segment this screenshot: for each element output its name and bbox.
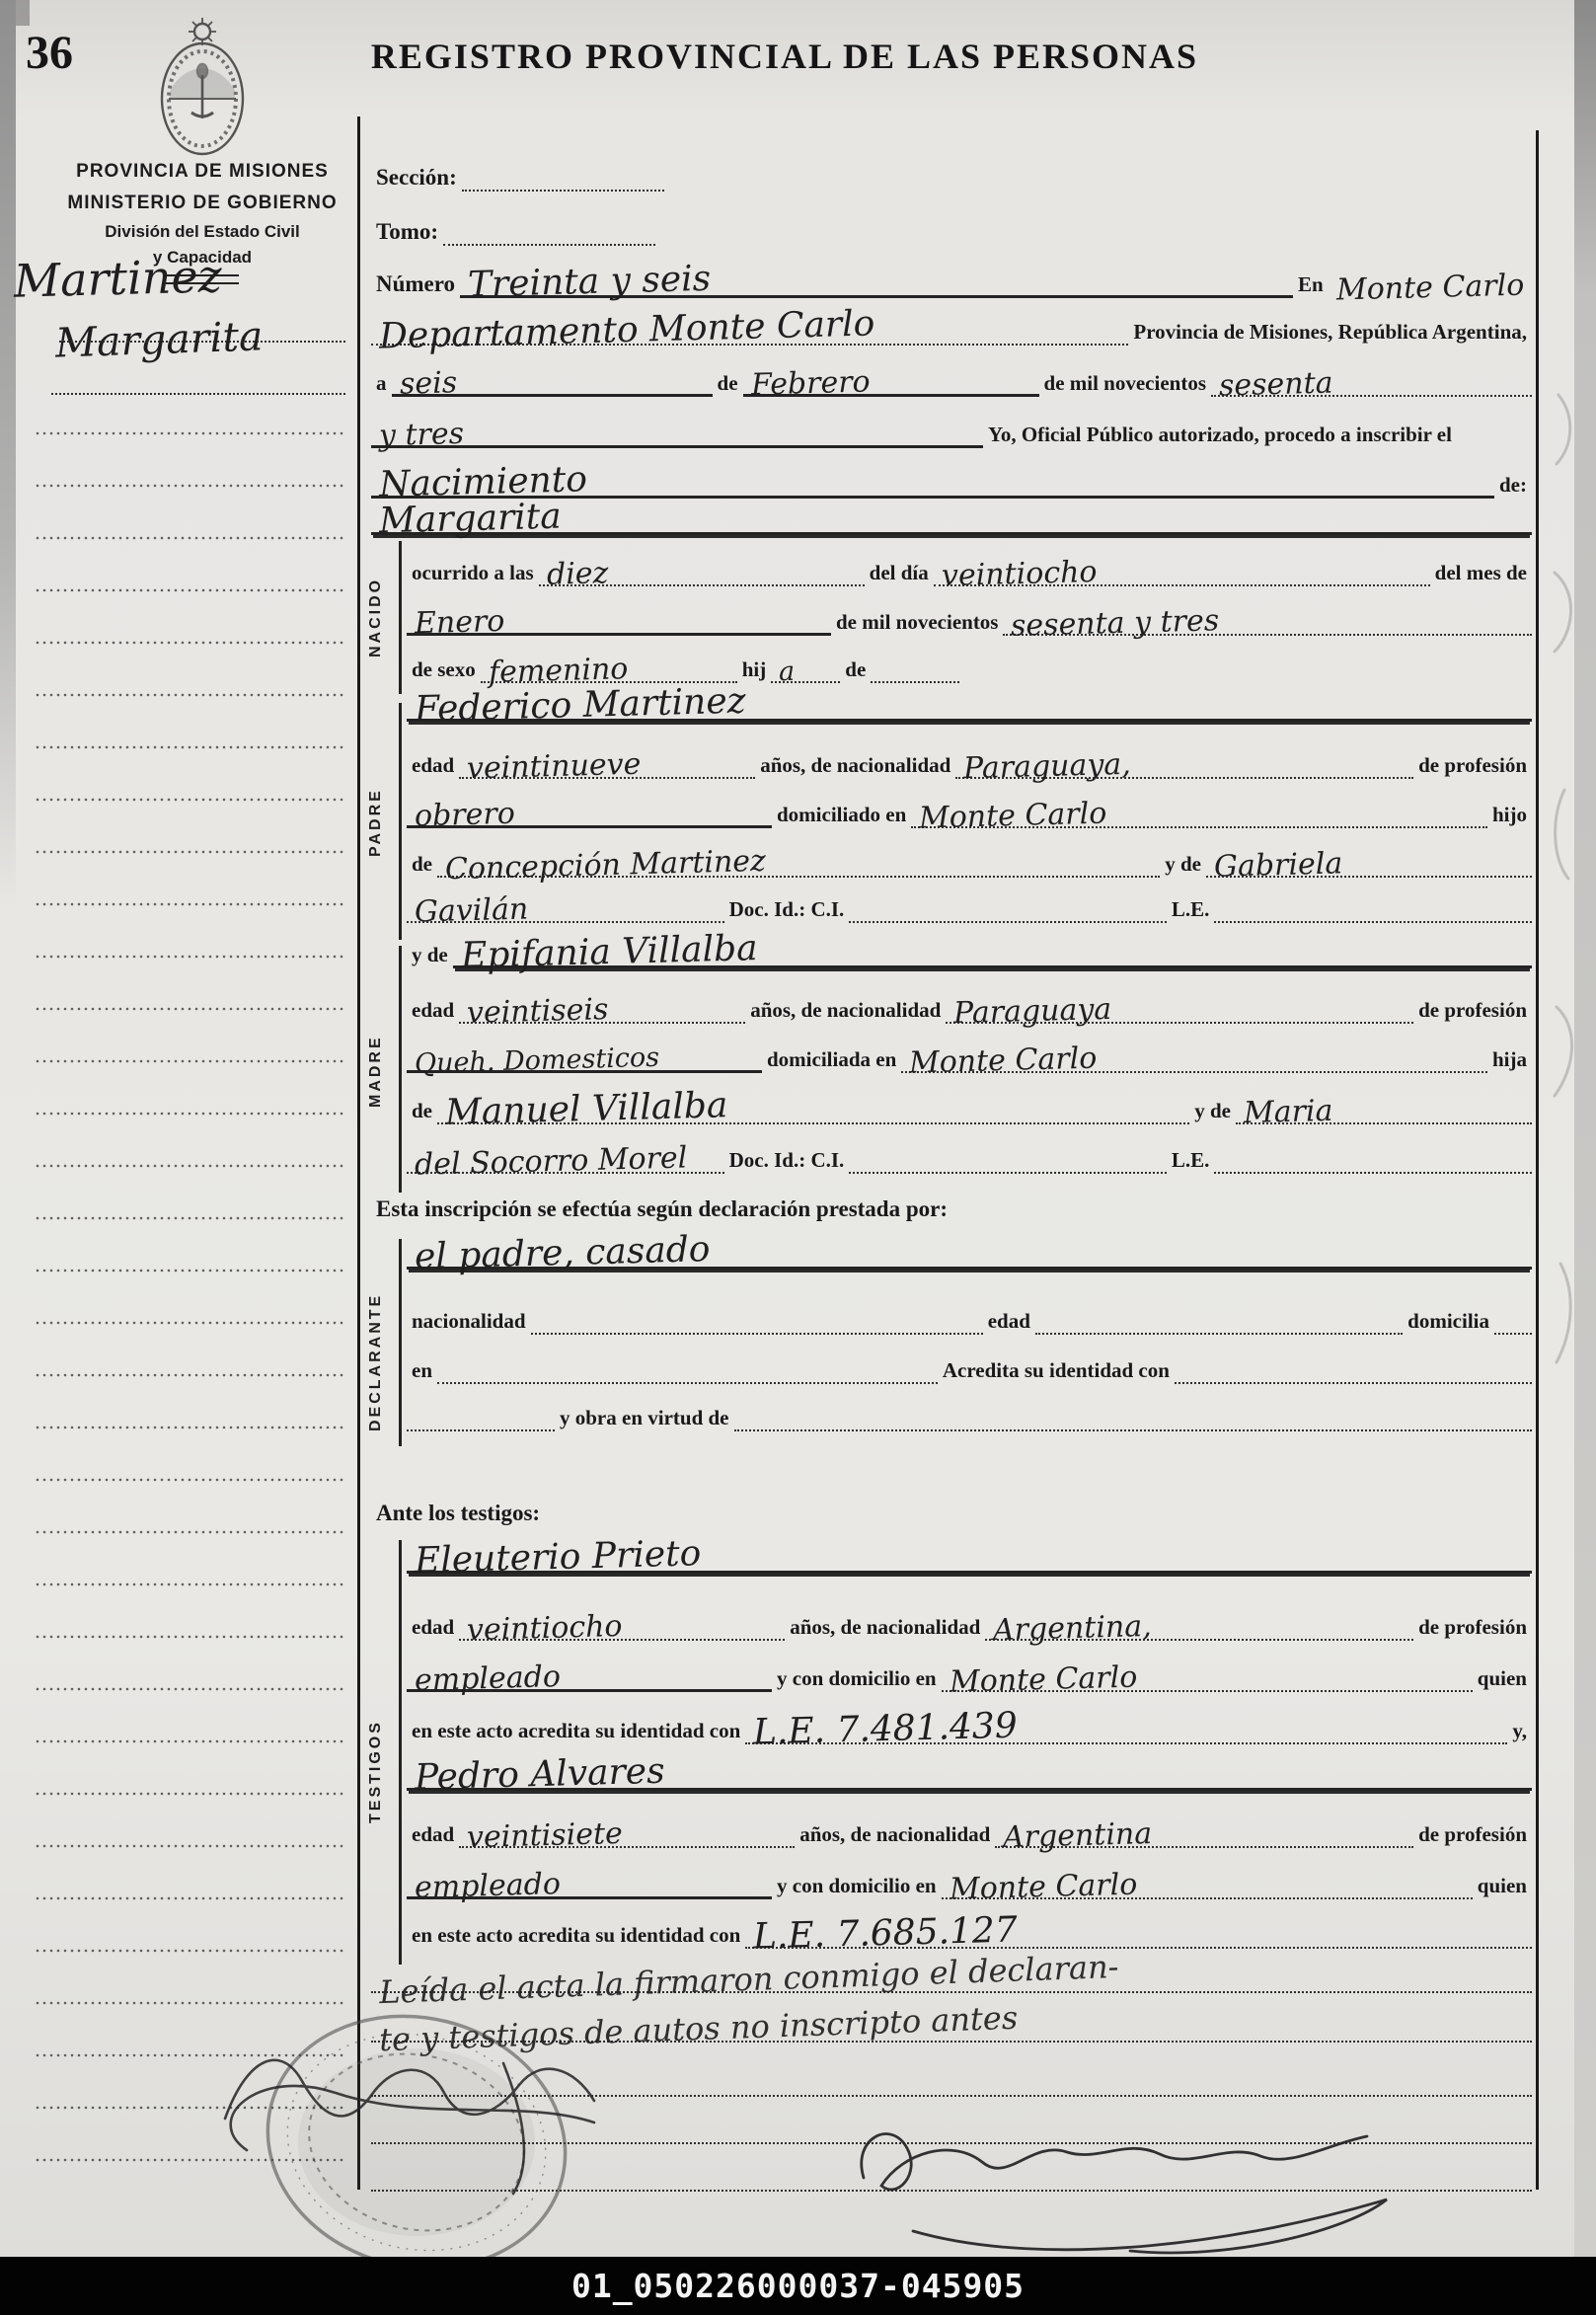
field-padre-edad-nac: edad veintinueve años, de nacionalidad P… — [407, 737, 1532, 779]
value-anio2: y tres — [371, 421, 473, 450]
value-t2-edad: veintisiete — [459, 1820, 631, 1852]
line-t1-nacionalidad: Argentina, — [985, 1615, 1413, 1641]
value-t1-doc: L.E. 7.481.439 — [745, 1710, 1026, 1749]
value-padre-edad: veintinueve — [459, 750, 649, 782]
label-novecientos: de mil novecientos — [1039, 371, 1211, 397]
label-decl-edad: edad — [983, 1309, 1035, 1335]
value-padre-profesion: obrero — [407, 800, 523, 829]
line-padre-edad: veintinueve — [459, 753, 755, 779]
line-mes-nac: Enero — [407, 609, 831, 636]
field-numero: Número Treinta y seis En Monte Carlo — [371, 257, 1532, 298]
line-padre-nombre: Federico Martinez — [407, 690, 1532, 722]
blank-tomo — [443, 240, 655, 246]
value-testigo1-nombre: Eleuterio Prieto — [407, 1538, 710, 1578]
field-anio2: y tres Yo, Oficial Público autorizado, p… — [371, 407, 1532, 448]
bleed-through-marks — [1545, 375, 1592, 1461]
bracket-testigos — [399, 1540, 402, 1965]
label-t2-profesion: de profesión — [1413, 1822, 1532, 1848]
field-fecha: a seis de Febrero de mil novecientos ses… — [371, 355, 1532, 397]
value-t1-domicilio: Monte Carlo — [941, 1663, 1145, 1695]
line-numero: Treinta y seis — [460, 267, 1293, 298]
label-padre-domicilio: domiciliado en — [772, 803, 911, 828]
value-inscripto: Margarita — [371, 501, 570, 538]
value-abuela-p1: Gabriela — [1206, 850, 1351, 881]
blank-madre-le — [1214, 1168, 1532, 1174]
line-testigo2-nombre: Pedro Alvares — [407, 1759, 1532, 1791]
line-abuelo-p: Concepción Martinez — [437, 852, 1160, 878]
line-t2-edad: veintisiete — [459, 1822, 795, 1848]
blank-decl-en — [437, 1378, 938, 1384]
bracket-padre — [399, 703, 402, 940]
line-padre-profesion: obrero — [407, 802, 772, 828]
line-hora: diez — [539, 561, 865, 586]
line-t1-doc: L.E. 7.481.439 — [745, 1714, 1507, 1744]
label-t2-quien: quien — [1473, 1874, 1532, 1899]
value-numero: Treinta y seis — [460, 263, 720, 301]
label-declaracion-titulo: Esta inscripción se efectúa según declar… — [371, 1196, 952, 1223]
field-padre-prof-dom: obrero domiciliado en Monte Carlo hijo — [407, 787, 1532, 828]
line-t1-profesion: empleado — [407, 1665, 772, 1692]
label-novecientos-nac: de mil novecientos — [831, 610, 1003, 636]
label-delmes: del mes de — [1430, 561, 1532, 586]
label-padre-profesion: de profesión — [1413, 753, 1532, 779]
section-label-padre: PADRE — [361, 729, 391, 916]
line-abuelo-m: Manuel Villalba — [437, 1094, 1189, 1124]
page-number: 36 — [26, 26, 73, 80]
value-abuelo-p: Concepción Martinez — [437, 848, 774, 884]
scan-code-bar: 01_050226000037-045905 — [0, 2257, 1596, 2315]
line-abuela-m2: del Socorro Morel — [407, 1148, 724, 1174]
field-declarante-datos1: nacionalidad edad domicilia — [407, 1293, 1532, 1335]
scan-code: 01_050226000037-045905 — [571, 2267, 1025, 2305]
value-padre-nombre: Federico Martinez — [407, 685, 754, 727]
field-hora-dia: ocurrido a las diez del día veintiocho d… — [407, 545, 1532, 586]
bracket-nacido — [399, 541, 402, 694]
label-decl-domicilia: domicilia — [1403, 1309, 1494, 1335]
value-t2-domicilio: Monte Carlo — [941, 1871, 1145, 1902]
value-t2-nacionalidad: Argentina — [995, 1820, 1161, 1851]
value-madre-nacionalidad: Paraguaya — [946, 996, 1120, 1028]
field-declaracion-titulo: Esta inscripción se efectúa según declar… — [371, 1182, 1532, 1223]
field-tomo: Tomo: — [371, 204, 1532, 246]
line-declarante: el padre, casado — [407, 1238, 1532, 1270]
blank-padre-ci — [849, 917, 1167, 923]
label-de: de — [713, 371, 743, 397]
label-padre-doc: Doc. Id.: C.I. — [724, 897, 850, 923]
scan-left-edge — [0, 0, 16, 908]
label-ocurrido: ocurrido a las — [407, 561, 539, 586]
line-anio-nac: sesenta y tres — [1003, 610, 1532, 636]
document-title: REGISTRO PROVINCIAL DE LAS PERSONAS — [326, 36, 1244, 77]
label-hija: hija — [1487, 1047, 1532, 1073]
field-seccion: Sección: — [371, 150, 1532, 192]
label-padre-nacionalidad: años, de nacionalidad — [755, 753, 955, 779]
label-madre-profesion: de profesión — [1413, 998, 1532, 1024]
field-madre-abuelos: de Manuel Villalba y de Maria — [407, 1083, 1532, 1124]
value-anio-nac: sesenta y tres — [1003, 607, 1228, 640]
label-t2-acredita: en este acto acredita su identidad con — [407, 1923, 745, 1949]
label-madre-domicilio: domiciliada en — [762, 1047, 901, 1073]
field-declarante-datos2: en Acredita su identidad con — [407, 1343, 1532, 1384]
label-decl-acredita: Acredita su identidad con — [938, 1358, 1175, 1384]
value-abuelo-m: Manuel Villalba — [437, 1090, 736, 1129]
field-testigo2-datos: edad veintisiete años, de nacionalidad A… — [407, 1807, 1532, 1848]
value-abuela-m1: Maria — [1236, 1098, 1341, 1127]
line-dia: seis — [392, 370, 713, 397]
line-t2-profesion: empleado — [407, 1873, 772, 1899]
label-decl-en: en — [407, 1358, 437, 1384]
label-t2-nacionalidad: años, de nacionalidad — [795, 1822, 995, 1848]
declarant-signature — [207, 2024, 651, 2201]
letterhead-line1: PROVINCIA DE MISIONES — [54, 156, 350, 188]
field-testigo1-domicilio: empleado y con domicilio en Monte Carlo … — [407, 1651, 1532, 1692]
label-t1-profesion: de profesión — [1413, 1615, 1532, 1641]
coat-of-arms — [148, 12, 257, 162]
line-madre-profesion: Queh. Domesticos — [407, 1049, 762, 1073]
label-madre-le: L.E. — [1167, 1148, 1215, 1174]
margin-ruled-lines — [35, 430, 345, 2170]
label-madre-doc: Doc. Id.: C.I. — [724, 1148, 850, 1174]
field-padre-abuelos: de Concepción Martinez y de Gabriela — [407, 836, 1532, 878]
blank-seccion — [462, 186, 664, 192]
field-madre-edad-nac: edad veintiseis años, de nacionalidad Pa… — [407, 982, 1532, 1024]
value-madre-edad: veintiseis — [459, 996, 617, 1027]
value-mes-nac: Enero — [407, 608, 513, 638]
margin-surname: Martinez — [5, 256, 230, 302]
form-left-border — [357, 116, 360, 2190]
label-padre-de: de — [407, 852, 437, 878]
label-madre-edad: edad — [407, 998, 459, 1024]
field-madre-prof-dom: Queh. Domesticos domiciliada en Monte Ca… — [407, 1032, 1532, 1073]
label-padre-yde: y de — [1160, 852, 1206, 878]
field-madre-doc: del Socorro Morel Doc. Id.: C.I. L.E. — [407, 1132, 1532, 1174]
value-anio1: sesenta — [1211, 369, 1341, 399]
field-mes-anio-nac: Enero de mil novecientos sesenta y tres — [407, 594, 1532, 636]
label-en: En — [1293, 272, 1329, 298]
field-declarante-datos3: y obra en virtud de — [407, 1390, 1532, 1431]
value-t1-nacionalidad: Argentina, — [985, 1613, 1160, 1645]
section-label-madre: MADRE — [361, 977, 391, 1165]
field-sexo: de sexo femenino hij a de — [407, 642, 1532, 683]
blank-decl-obra — [734, 1426, 1532, 1431]
label-madre-nacionalidad: años, de nacionalidad — [745, 998, 946, 1024]
field-testigos-titulo: Ante los testigos: — [371, 1486, 1532, 1527]
line-padre-nacionalidad: Paraguaya, — [955, 753, 1413, 779]
value-dia: seis — [391, 369, 465, 398]
blank-decl-nacionalidad — [531, 1329, 983, 1335]
blank-decl-pre — [407, 1426, 555, 1431]
label-madre-yde2: y de — [1189, 1099, 1236, 1124]
bracket-declarante — [399, 1239, 402, 1446]
line-inscripto: Margarita — [371, 503, 1532, 535]
section-label-nacido: NACIDO — [361, 541, 391, 694]
label-seccion: Sección: — [371, 165, 462, 192]
line-madre-edad: veintiseis — [459, 998, 745, 1024]
label-hijo: hijo — [1487, 803, 1532, 828]
label-provincia: Provincia de Misiones, República Argenti… — [1128, 320, 1532, 346]
value-testigo2-nombre: Pedro Alvares — [407, 1755, 673, 1794]
letterhead-line3: División del Estado Civil — [54, 219, 350, 245]
value-departamento: Departamento Monte Carlo — [371, 308, 883, 353]
label-t1-y: y, — [1507, 1719, 1532, 1744]
official-signature — [834, 2083, 1416, 2280]
field-inscripto: Margarita — [371, 494, 1532, 535]
value-madre-profesion: Queh. Domesticos — [407, 1045, 668, 1076]
blank-decl-edad — [1035, 1329, 1403, 1335]
label-oficial: Yo, Oficial Público autorizado, procedo … — [983, 423, 1457, 448]
label-padre-le: L.E. — [1167, 897, 1215, 923]
label-a: a — [371, 371, 392, 397]
field-testigo1-doc: en este acto acredita su identidad con L… — [407, 1703, 1532, 1744]
label-padre-edad: edad — [407, 753, 459, 779]
line-abuela-p1: Gabriela — [1206, 852, 1532, 878]
blank-decl-domicilia — [1494, 1329, 1532, 1335]
value-padre-nacionalidad: Paraguaya, — [955, 751, 1139, 783]
label-t1-nacionalidad: años, de nacionalidad — [785, 1615, 985, 1641]
margin-rule — [59, 341, 345, 343]
label-tomo: Tomo: — [371, 219, 443, 246]
value-madre-nombre: Epifania Villalba — [452, 932, 765, 972]
line-madre-domicilio: Monte Carlo — [901, 1047, 1487, 1073]
label-t1-quien: quien — [1473, 1666, 1532, 1692]
value-hora: diez — [538, 560, 616, 588]
line-t2-domicilio: Monte Carlo — [942, 1874, 1473, 1899]
line-anio1: sesenta — [1211, 371, 1532, 397]
line-testigo1-nombre: Eleuterio Prieto — [407, 1542, 1532, 1574]
label-decl-nacionalidad: nacionalidad — [407, 1309, 531, 1335]
field-testigo1-datos: edad veintiocho años, de nacionalidad Ar… — [407, 1599, 1532, 1641]
field-acto: Nacimiento de: — [371, 457, 1532, 499]
value-t2-doc: L.E. 7.685.127 — [745, 1914, 1026, 1954]
line-madre-nacionalidad: Paraguaya — [946, 998, 1413, 1024]
value-dia-nac: veintiocho — [933, 559, 1104, 590]
line-t2-nacionalidad: Argentina — [995, 1822, 1413, 1848]
value-t2-profesion: empleado — [407, 1871, 570, 1901]
value-t1-edad: veintiocho — [459, 1613, 631, 1645]
line-abuela-m1: Maria — [1236, 1099, 1532, 1124]
line-dia-nac: veintiocho — [934, 561, 1430, 586]
value-padre-domicilio: Monte Carlo — [911, 800, 1115, 831]
field-testigo2-doc: en este acto acredita su identidad con L… — [407, 1907, 1532, 1949]
label-testigos-titulo: Ante los testigos: — [371, 1501, 545, 1527]
line-departamento: Departamento Monte Carlo — [371, 315, 1128, 346]
section-label-declarante: DECLARANTE — [361, 1264, 391, 1461]
field-padre-doc: Gavilán Doc. Id.: C.I. L.E. — [407, 882, 1532, 923]
line-t2-doc: L.E. 7.685.127 — [745, 1918, 1532, 1949]
letterhead-line2: MINISTERIO DE GOBIERNO — [54, 188, 350, 219]
label-decl-obra: y obra en virtud de — [555, 1406, 734, 1431]
line-t1-domicilio: Monte Carlo — [942, 1666, 1473, 1692]
field-testigo2-domicilio: empleado y con domicilio en Monte Carlo … — [407, 1858, 1532, 1899]
section-label-testigos: TESTIGOS — [361, 1668, 391, 1876]
value-madre-domicilio: Monte Carlo — [901, 1044, 1105, 1076]
line-t1-edad: veintiocho — [459, 1615, 785, 1641]
label-madre-yde: y de — [407, 943, 453, 968]
label-t1-acredita: en este acto acredita su identidad con — [407, 1719, 745, 1744]
field-departamento: Departamento Monte Carlo Provincia de Mi… — [371, 304, 1532, 346]
label-t1-edad: edad — [407, 1615, 459, 1641]
value-declarante: el padre, casado — [407, 1233, 719, 1273]
line-padre-domicilio: Monte Carlo — [911, 803, 1487, 828]
margin-rule — [51, 393, 345, 395]
line-madre-nombre: Epifania Villalba — [453, 937, 1532, 968]
value-lugar: Monte Carlo — [1328, 271, 1532, 303]
field-madre-nombre: y de Epifania Villalba — [407, 927, 1532, 968]
line-abuela-p2: Gavilán — [407, 897, 724, 923]
line-mes: Febrero — [743, 370, 1039, 397]
field-padre-nombre: Federico Martinez — [407, 680, 1532, 722]
field-declarante: el padre, casado — [407, 1228, 1532, 1270]
field-testigo1-nombre: Eleuterio Prieto — [407, 1532, 1532, 1574]
label-madre-de: de — [407, 1099, 437, 1124]
scanned-birth-certificate: 36 REGISTRO PROVINCIAL DE LAS PERSONAS P… — [0, 0, 1596, 2315]
value-abuela-m2: del Socorro Morel — [407, 1144, 696, 1179]
label-numero: Número — [371, 271, 460, 298]
form-right-border — [1536, 130, 1539, 2190]
line-anio2: y tres — [371, 422, 983, 448]
bracket-madre — [399, 946, 402, 1193]
value-abuela-p2: Gavilán — [407, 895, 537, 925]
value-mes: Febrero — [742, 368, 877, 399]
label-deldia: del día — [865, 561, 934, 586]
label-t2-edad: edad — [407, 1822, 459, 1848]
blank-padre-le — [1214, 917, 1532, 923]
blank-madre-ci — [849, 1168, 1167, 1174]
field-testigo2-nombre: Pedro Alvares — [407, 1749, 1532, 1791]
value-t1-profesion: empleado — [407, 1663, 570, 1694]
label-t1-domicilio: y con domicilio en — [772, 1666, 942, 1692]
blank-decl-acredita — [1175, 1378, 1532, 1384]
label-t2-domicilio: y con domicilio en — [772, 1874, 942, 1899]
